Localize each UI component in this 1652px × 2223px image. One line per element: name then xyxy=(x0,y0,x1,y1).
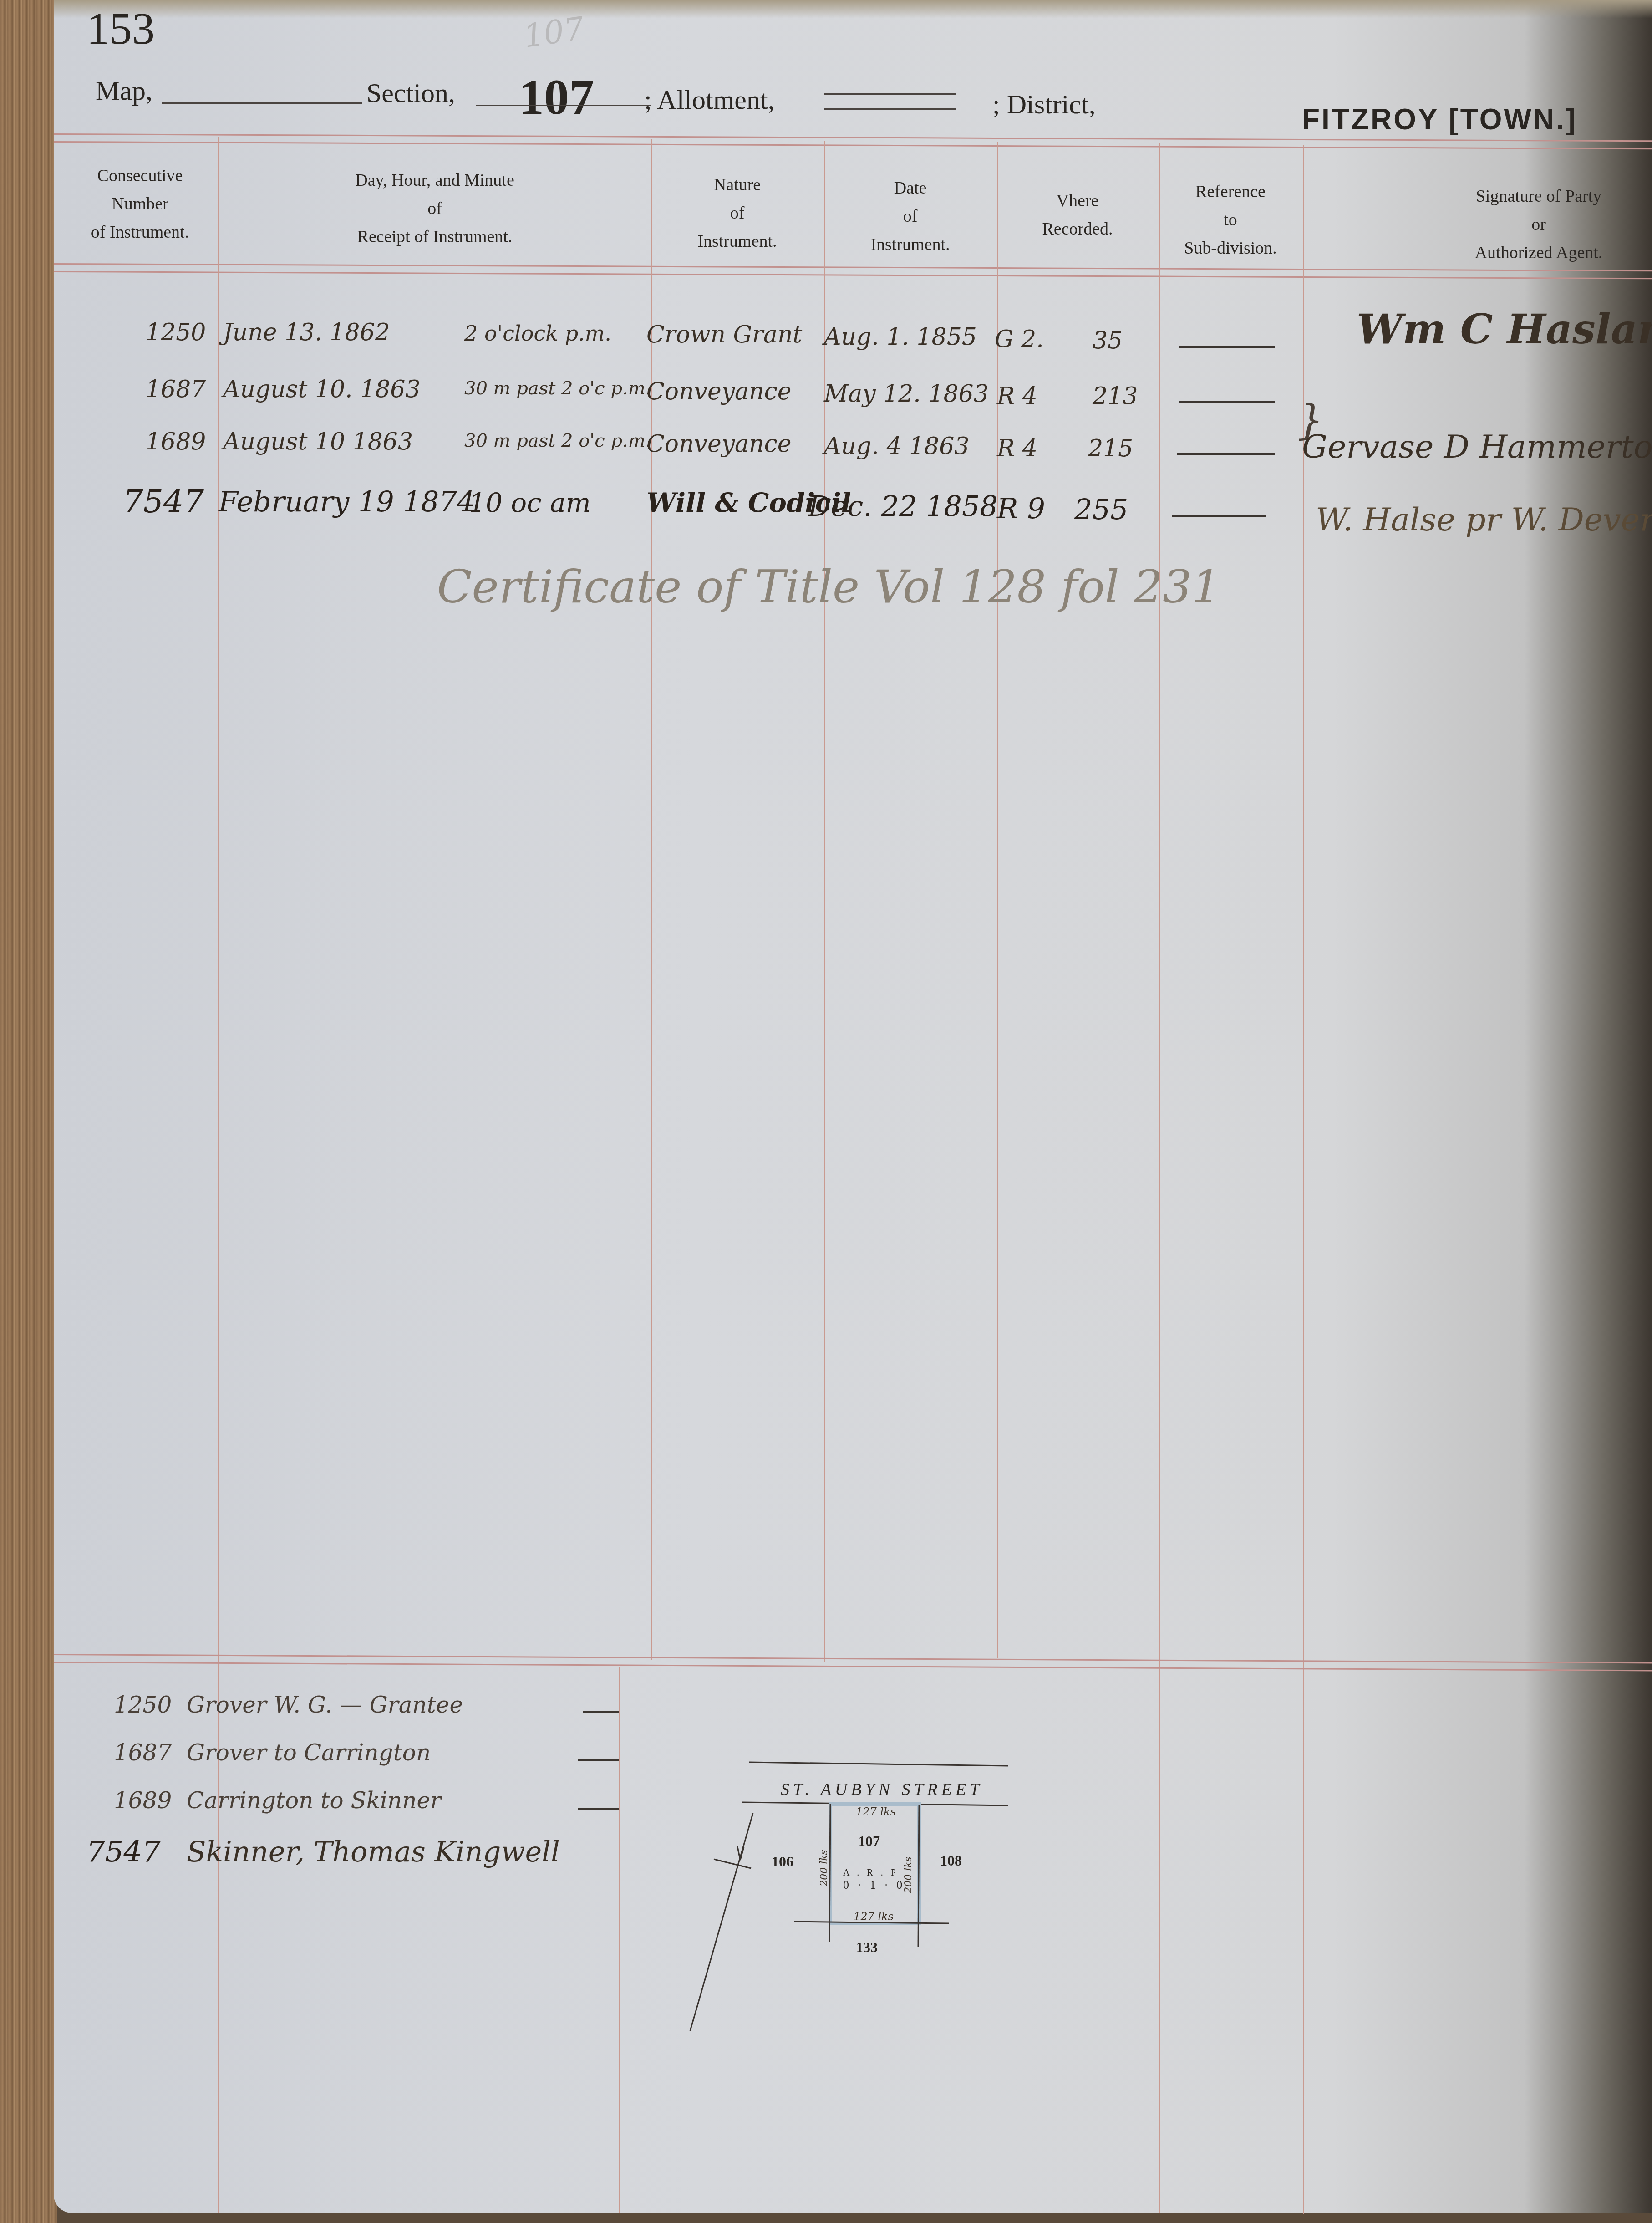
entry-2-nature: Conveyance xyxy=(646,378,792,405)
lower-col-line xyxy=(619,1667,620,2213)
entry-1-signature: Wm C Haslam xyxy=(1357,305,1652,353)
chain-3-text: Carrington to Skinner xyxy=(187,1787,441,1814)
entry-3-reference-dash xyxy=(1177,453,1275,455)
entry-2-receipt-date: August 10. 1863 xyxy=(223,376,421,403)
entry-1-book: G 2. xyxy=(995,326,1044,353)
entry-2-number: 1687 xyxy=(146,376,206,403)
entry-4-receipt-date: February 19 1874 xyxy=(219,485,475,518)
entry-4-folio: 255 xyxy=(1074,493,1128,526)
entry-2-reference-dash xyxy=(1179,401,1275,403)
chain-3-dash xyxy=(578,1808,619,1810)
section-label: Section, xyxy=(366,77,455,109)
district-label: ; District, xyxy=(992,89,1096,120)
chain-1-dash xyxy=(583,1711,619,1713)
page-top-shadow xyxy=(54,0,1652,18)
entry-4-book: R 9 xyxy=(997,492,1045,525)
chain-4-text: Skinner, Thomas Kingwell xyxy=(187,1835,560,1868)
entry-4-number: 7547 xyxy=(123,483,204,520)
entry-3-book: R 4 xyxy=(997,435,1037,462)
map-field-line xyxy=(162,102,362,104)
chain-3-number: 1689 xyxy=(114,1787,172,1814)
entry-3-receipt-date: August 10 1863 xyxy=(223,428,413,455)
chain-2-text: Grover to Carrington xyxy=(187,1739,431,1766)
entry-1-receipt-date: June 13. 1862 xyxy=(223,319,390,346)
header-date-of-instrument: DateofInstrument. xyxy=(825,174,996,259)
header-reference-to-subdivision: ReferencetoSub-division. xyxy=(1159,178,1301,262)
entry-2-date: May 12. 1863 xyxy=(824,380,989,408)
col-line-3 xyxy=(824,141,825,1662)
entry-1-number: 1250 xyxy=(146,319,206,346)
col-line-2 xyxy=(651,139,652,1660)
entry-4-reference-dash xyxy=(1172,515,1266,517)
entry-3-receipt-time: 30 m past 2 o'c p.m. xyxy=(464,430,651,451)
plan-left-lot: 106 xyxy=(772,1853,793,1870)
entry-1-nature: Crown Grant xyxy=(646,321,802,348)
section-field-line xyxy=(476,105,651,106)
entry-1-folio: 35 xyxy=(1093,327,1123,354)
col-line-5 xyxy=(1159,143,1160,2213)
plan-lot-number: 107 xyxy=(858,1833,880,1850)
chain-2-dash xyxy=(578,1759,619,1761)
plan-area-values: 0 · 1 · 0 xyxy=(843,1878,905,1892)
entry-3-date: Aug. 4 1863 xyxy=(824,433,969,460)
entry-2-folio: 213 xyxy=(1093,382,1138,410)
entry-3-folio: 215 xyxy=(1088,435,1133,462)
plan-right-lot: 108 xyxy=(940,1852,962,1869)
entry-1-date: Aug. 1. 1855 xyxy=(824,323,977,351)
map-label: Map, xyxy=(96,75,152,107)
chain-1-text: Grover W. G. — Grantee xyxy=(187,1692,463,1718)
chain-2-number: 1687 xyxy=(114,1739,172,1766)
plan-area-headings: A . R . P xyxy=(843,1868,899,1878)
header-signature: Signature of PartyorAuthorized Agent. xyxy=(1429,182,1648,267)
book-binding-edge xyxy=(0,0,57,2223)
header-day-hour-minute: Day, Hour, and MinuteofReceipt of Instru… xyxy=(219,166,651,251)
certificate-of-title-note: Certificate of Title Vol 128 fol 231 xyxy=(437,560,1220,613)
entry-4-date: Dec. 22 1858 xyxy=(808,489,998,523)
entry-3-nature: Conveyance xyxy=(646,430,792,458)
entry-2-signature: Gervase D Hammerton xyxy=(1302,428,1652,465)
entry-2-book: R 4 xyxy=(997,382,1037,410)
plan-street-name: ST. AUBYN STREET xyxy=(781,1779,983,1800)
header-nature-of-instrument: NatureofInstrument. xyxy=(652,171,823,255)
header-where-recorded: VhereRecorded. xyxy=(998,187,1157,243)
entry-3-number: 1689 xyxy=(146,428,206,455)
allotment-field-line-1 xyxy=(824,93,956,95)
allotment-field-line-2 xyxy=(824,108,956,110)
plan-left-dimension: 200 lks xyxy=(818,1850,830,1886)
plan-bottom-dimension: 127 lks xyxy=(854,1910,894,1923)
survey-plan-diagram: ST. AUBYN STREET 127 lks 107 106 108 133… xyxy=(660,1739,1047,2035)
col-line-4 xyxy=(997,142,998,1658)
page-number: 153 xyxy=(86,2,155,55)
plan-bottom-lot: 133 xyxy=(856,1939,878,1956)
chain-4-number: 7547 xyxy=(86,1835,161,1869)
col-line-1 xyxy=(218,137,219,2213)
chain-1-number: 1250 xyxy=(114,1692,172,1718)
entry-4-signature: W. Halse pr W. Deverell xyxy=(1316,501,1652,538)
district-value: FITZROY [TOWN.] xyxy=(1302,102,1577,136)
entry-1-receipt-time: 2 o'clock p.m. xyxy=(464,321,611,346)
section-value: 107 xyxy=(519,68,594,126)
entry-4-receipt-time: 10 oc am xyxy=(469,487,591,518)
plan-top-dimension: 127 lks xyxy=(856,1805,896,1818)
header-consecutive-number: ConsecutiveNumberof Instrument. xyxy=(64,162,216,246)
entry-1-reference-dash xyxy=(1179,346,1275,348)
allotment-label: ; Allotment, xyxy=(644,84,775,116)
entry-2-receipt-time: 30 m past 2 o'c p.m. xyxy=(464,378,651,399)
